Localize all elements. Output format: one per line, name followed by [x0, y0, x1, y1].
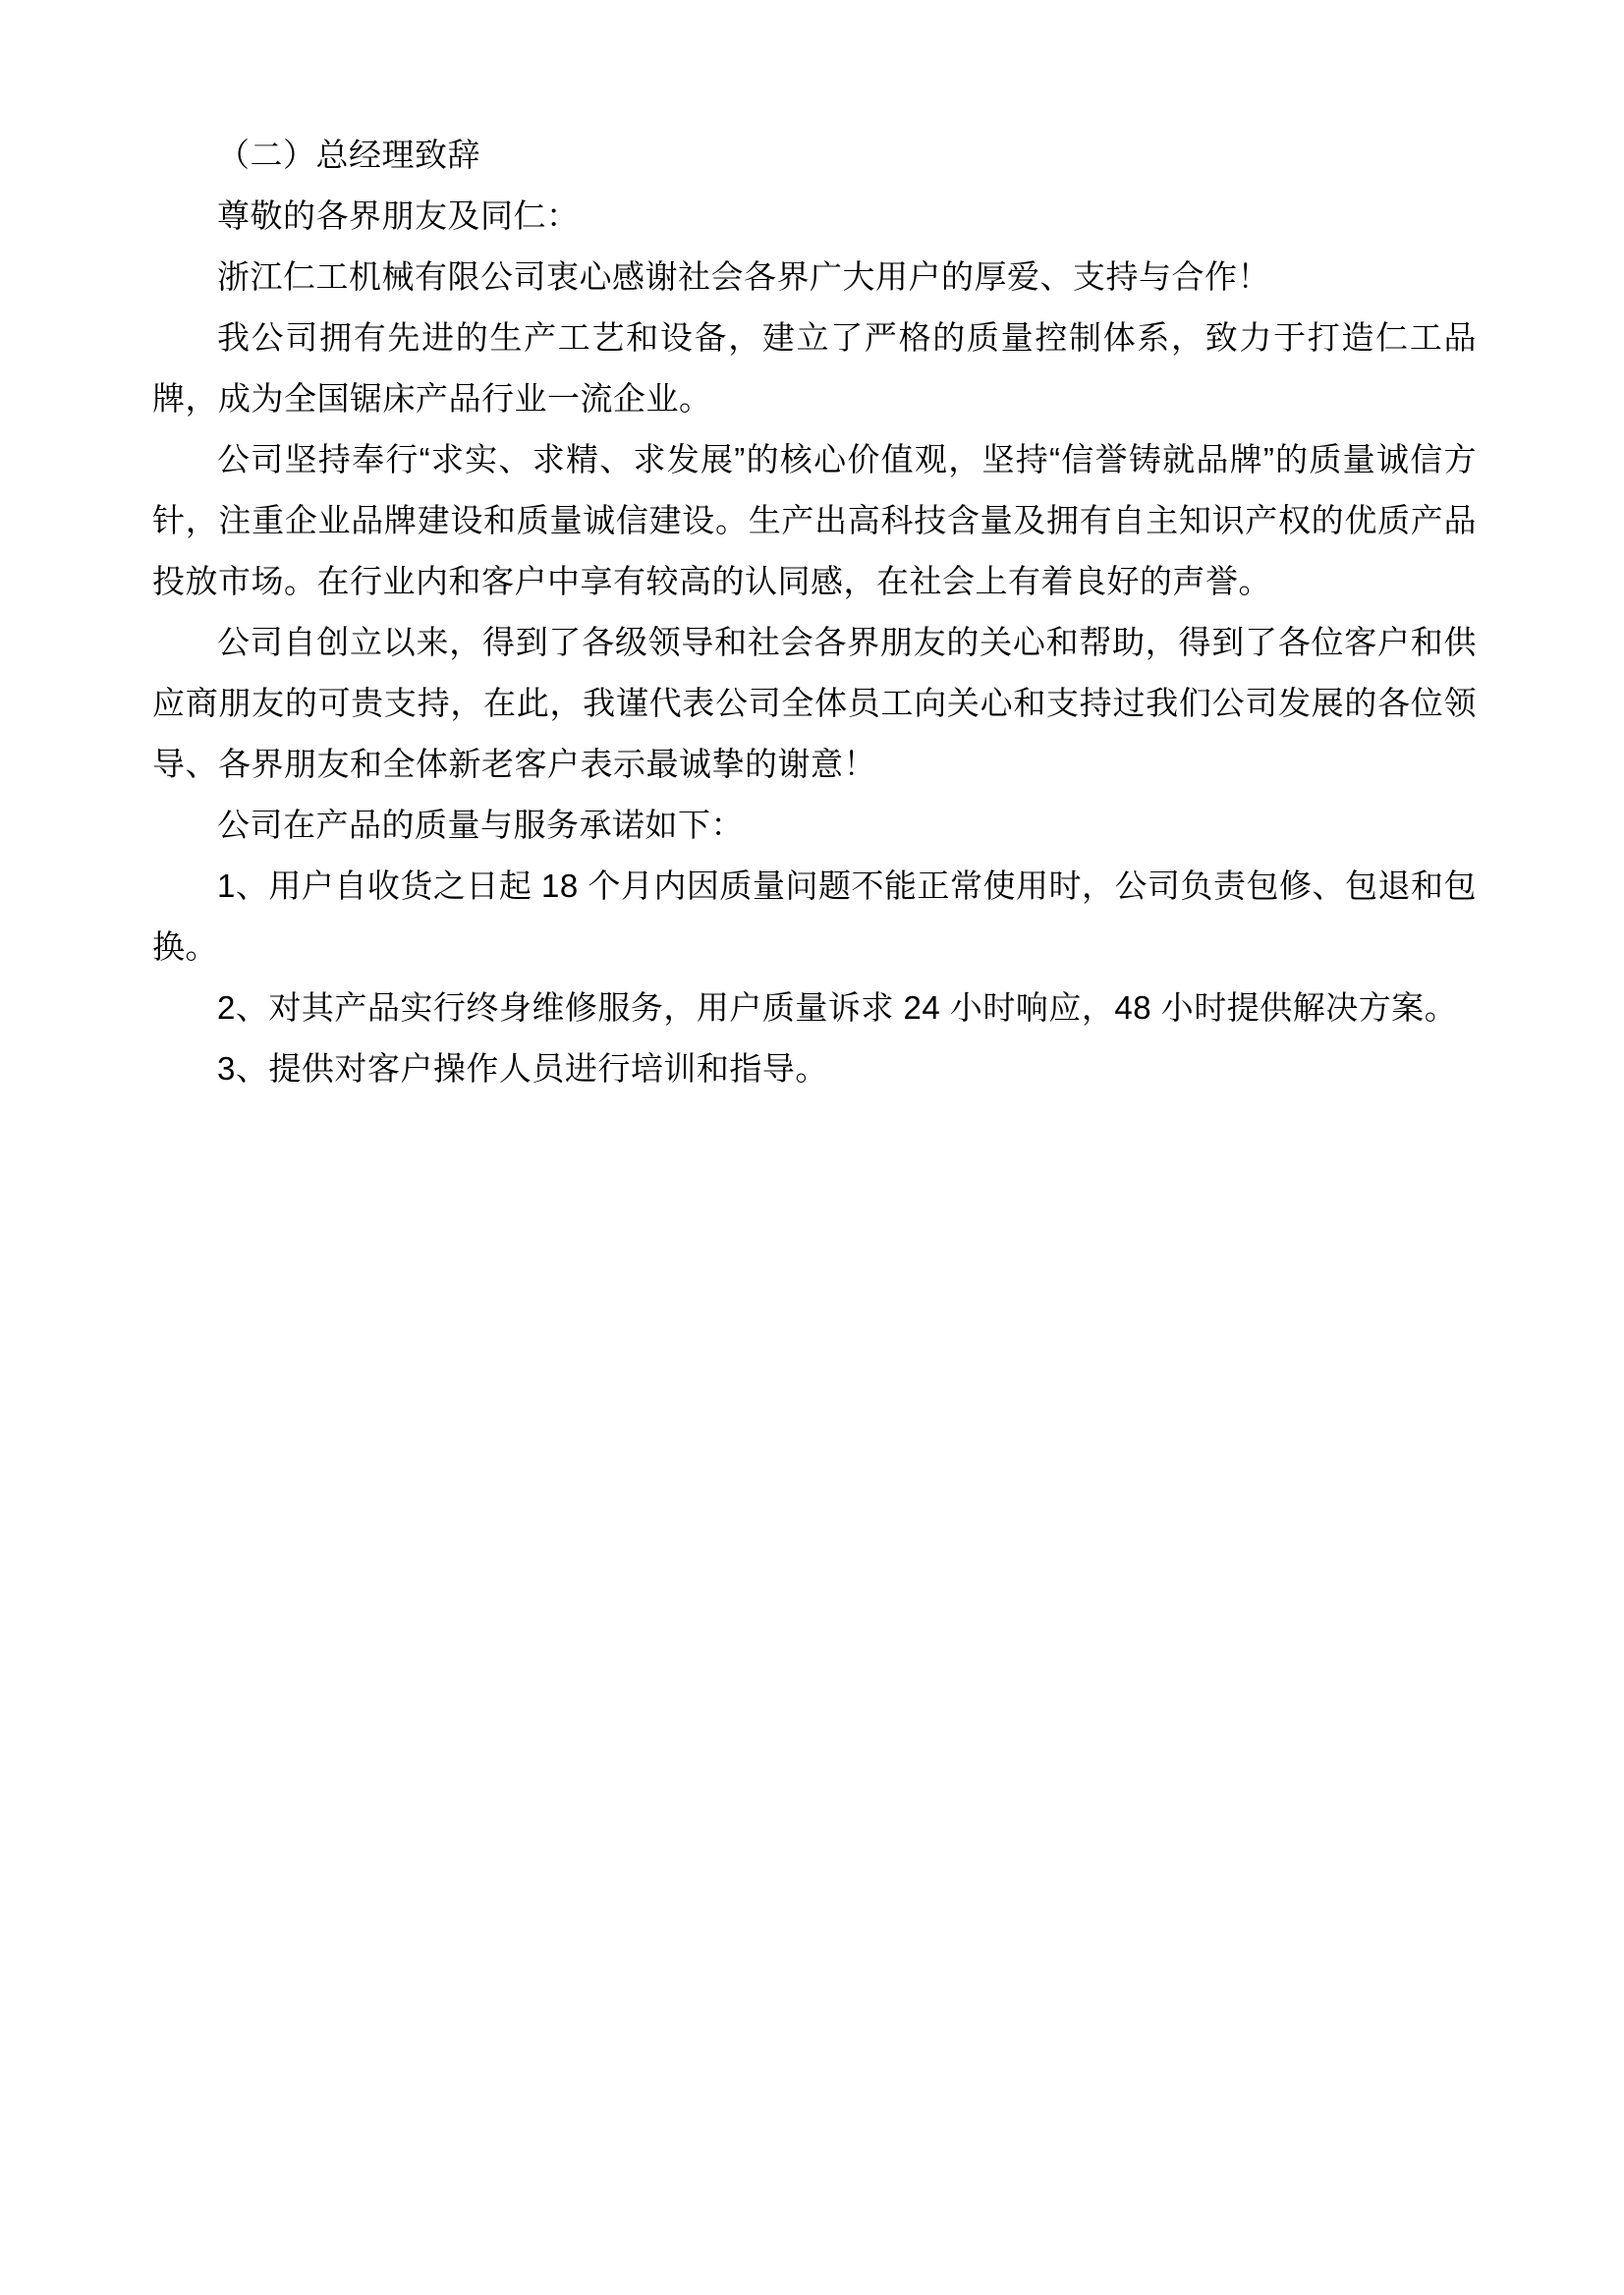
- paragraph-core-values: 公司坚持奉行“求实、求精、求发展”的核心价值观，坚持“信誉铸就品牌”的质量诚信方…: [152, 429, 1477, 612]
- paragraph-company-capability: 我公司拥有先进的生产工艺和设备，建立了严格的质量控制体系，致力于打造仁工品牌，成…: [152, 308, 1477, 429]
- paragraph-salutation: 尊敬的各界朋友及同仁：: [152, 186, 1477, 247]
- paragraph-commitment-item-3: 3、提供对客户操作人员进行培训和指导。: [152, 1038, 1477, 1099]
- section-heading: （二）总经理致辞: [152, 125, 1477, 186]
- document-page: （二）总经理致辞 尊敬的各界朋友及同仁： 浙江仁工机械有限公司衷心感谢社会各界广…: [0, 0, 1624, 2295]
- paragraph-commitment-item-1: 1、用户自收货之日起 18 个月内因质量问题不能正常使用时，公司负责包修、包退和…: [152, 856, 1477, 978]
- paragraph-thanks: 浙江仁工机械有限公司衷心感谢社会各界广大用户的厚爱、支持与合作！: [152, 247, 1477, 308]
- paragraph-commitment-intro: 公司在产品的质量与服务承诺如下：: [152, 795, 1477, 856]
- paragraph-gratitude: 公司自创立以来，得到了各级领导和社会各界朋友的关心和帮助，得到了各位客户和供应商…: [152, 612, 1477, 795]
- paragraph-commitment-item-2: 2、对其产品实行终身维修服务，用户质量诉求 24 小时响应，48 小时提供解决方…: [152, 978, 1477, 1038]
